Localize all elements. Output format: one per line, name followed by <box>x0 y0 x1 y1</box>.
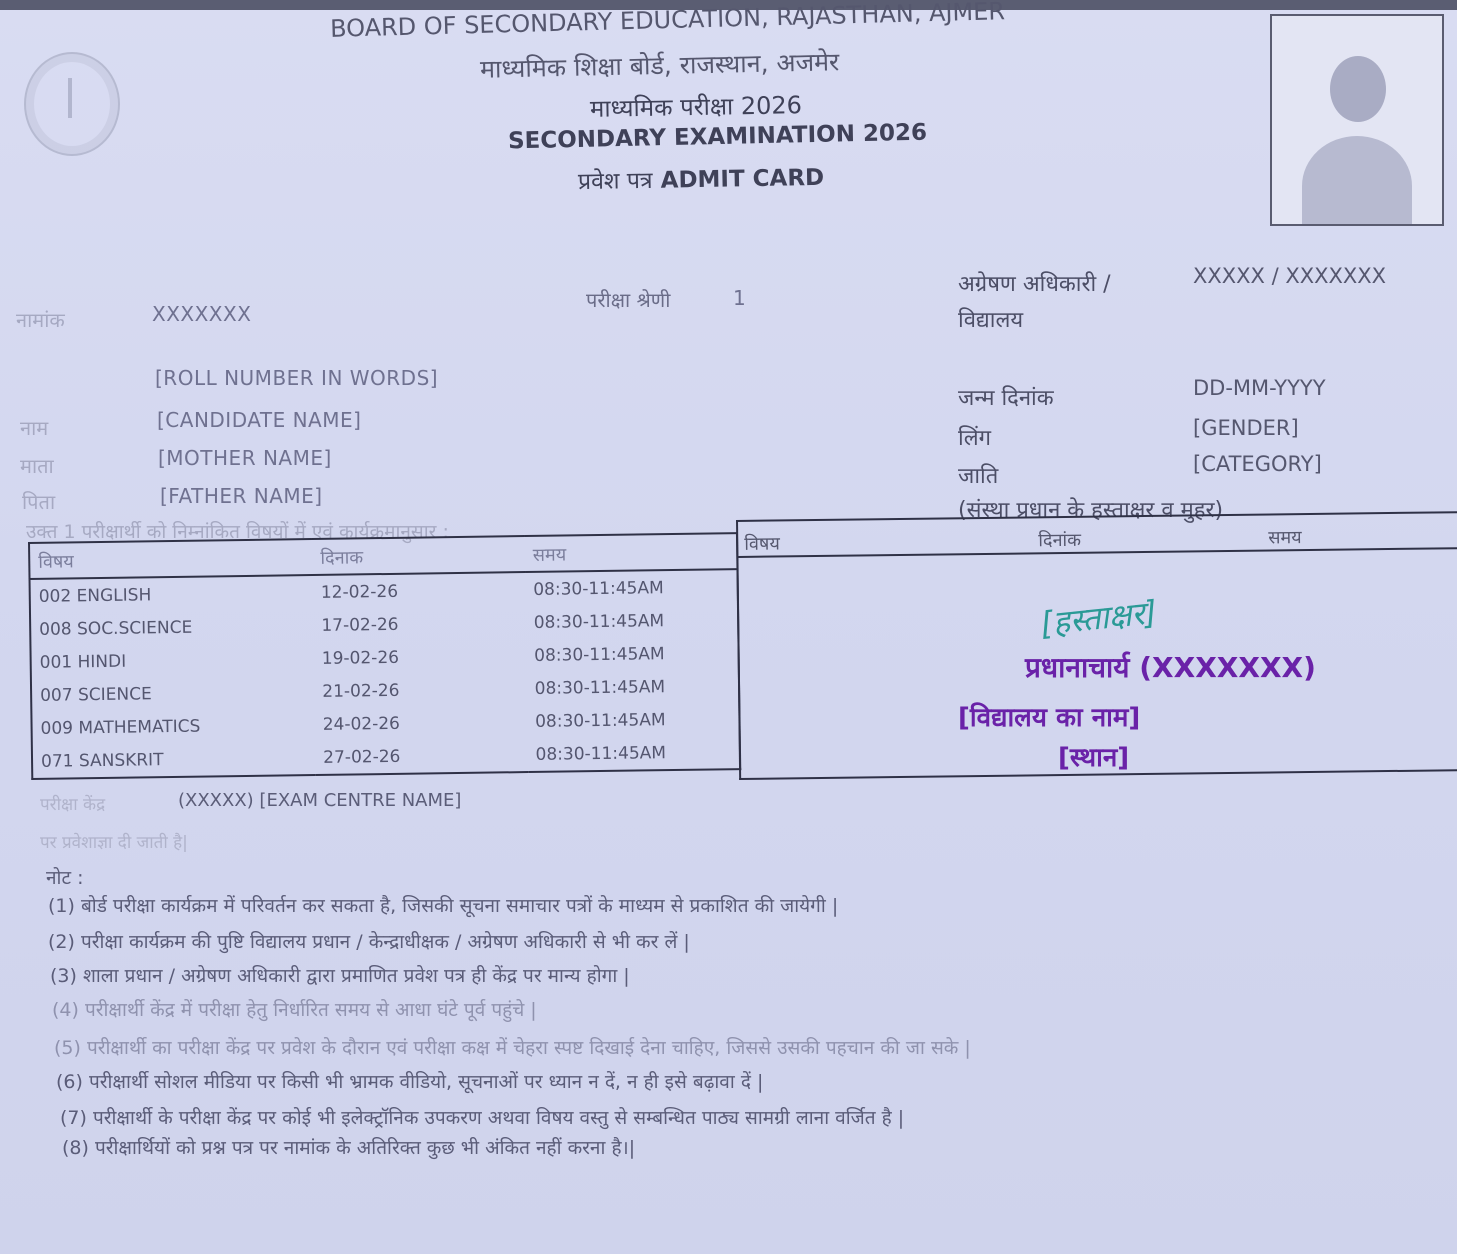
category-value: [CATEGORY] <box>1193 452 1322 476</box>
col-subject-2: विषय <box>744 531 780 555</box>
schedule-time: 08:30-11:45AM <box>526 669 739 705</box>
schedule-time: 08:30-11:45AM <box>527 702 740 738</box>
gender-value: [GENDER] <box>1193 416 1299 440</box>
schedule-subject: 071 SANSKRIT <box>32 741 316 779</box>
schedule-subject: 001 HINDI <box>30 642 314 679</box>
col-date: दिनाक <box>312 536 525 575</box>
roll-in-words: [ROLL NUMBER IN WORDS] <box>155 366 438 390</box>
school-label: विद्यालय <box>958 304 1023 334</box>
stamp-school-name: [विद्यालय का नाम] <box>958 698 1140 734</box>
father-label: पिता <box>22 488 55 515</box>
col-time-2: समय <box>1268 525 1302 549</box>
roll-number: XXXXXXX <box>152 302 251 326</box>
note-item: (5) परीक्षार्थी का परीक्षा केंद्र पर प्र… <box>54 1034 971 1060</box>
notes-title: नोट : <box>46 864 83 890</box>
col-subject: विषय <box>29 539 313 579</box>
dob-label: जन्म दिनांक <box>958 382 1054 412</box>
forwarding-officer-label: अग्रेषण अधिकारी / <box>958 268 1111 298</box>
person-silhouette-icon <box>1330 56 1386 122</box>
board-seal-icon <box>24 52 120 156</box>
schedule-subject: 009 MATHEMATICS <box>31 708 315 745</box>
exam-name-hindi: माध्यमिक परीक्षा 2026 <box>590 88 802 125</box>
exam-category-value: 1 <box>733 286 746 310</box>
schedule-time: 08:30-11:45AM <box>525 569 738 606</box>
mother-label: माता <box>20 452 54 479</box>
mother-name: [MOTHER NAME] <box>158 446 332 470</box>
card-title-hindi: प्रवेश पत्र <box>578 168 653 195</box>
name-label: नाम <box>20 414 48 441</box>
card-title-english: ADMIT CARD <box>660 165 824 194</box>
schedule-date: 19-02-26 <box>314 639 527 675</box>
stamp-designation: प्रधानाचार्य (XXXXXXX) <box>1025 648 1316 686</box>
dob-value: DD-MM-YYYY <box>1193 376 1326 400</box>
forwarding-code: XXXXX / XXXXXXX <box>1193 264 1386 288</box>
exam-name-english: SECONDARY EXAMINATION 2026 <box>508 120 927 155</box>
schedule-date: 21-02-26 <box>314 672 527 708</box>
note-item: (4) परीक्षार्थी केंद्र में परीक्षा हेतु … <box>52 996 537 1022</box>
note-item: (8) परीक्षार्थियों को प्रश्न पत्र पर नाम… <box>62 1134 635 1160</box>
col-date-2: दिनांक <box>1038 528 1081 553</box>
note-item: (6) परीक्षार्थी सोशल मीडिया पर किसी भी भ… <box>56 1068 763 1094</box>
board-name-hindi: माध्यमिक शिक्षा बोर्ड, राजस्थान, अजमेर <box>480 44 840 86</box>
schedule-date: 17-02-26 <box>313 606 526 642</box>
card-title: प्रवेश पत्र ADMIT CARD <box>578 160 825 196</box>
schedule-date: 12-02-26 <box>313 572 526 609</box>
schedule-date: 27-02-26 <box>315 738 528 775</box>
stamp-location: [स्थान] <box>1058 738 1129 774</box>
col-time: समय <box>525 533 738 572</box>
centre-label: परीक्षा केंद्र <box>40 792 105 815</box>
schedule-date: 24-02-26 <box>315 705 528 741</box>
father-name: [FATHER NAME] <box>160 484 323 508</box>
category-label: जाति <box>958 460 998 490</box>
schedule-subject: 007 SCIENCE <box>31 675 315 712</box>
schedule-time: 08:30-11:45AM <box>526 603 739 639</box>
centre-permission: पर प्रवेशाज्ञा दी जाती है| <box>40 830 188 853</box>
centre-value: (XXXXX) [EXAM CENTRE NAME] <box>178 790 461 811</box>
gender-label: लिंग <box>958 422 991 452</box>
exam-category-label: परीक्षा श्रेणी <box>586 286 670 313</box>
schedule-subject: 002 ENGLISH <box>30 575 314 613</box>
note-item: (2) परीक्षा कार्यक्रम की पुष्टि विद्यालय… <box>48 928 690 954</box>
schedule-subject: 008 SOC.SCIENCE <box>30 609 314 646</box>
schedule-time: 08:30-11:45AM <box>526 636 739 672</box>
schedule-time: 08:30-11:45AM <box>527 735 740 772</box>
note-item: (1) बोर्ड परीक्षा कार्यक्रम में परिवर्तन… <box>48 892 838 918</box>
roll-label: नामांक <box>16 306 65 333</box>
exam-schedule-table: विषय दिनाक समय 002 ENGLISH12-02-2608:30-… <box>28 532 741 780</box>
note-item: (3) शाला प्रधान / अग्रेषण अधिकारी द्वारा… <box>50 962 630 988</box>
candidate-photo <box>1270 14 1444 226</box>
note-item: (7) परीक्षार्थी के परीक्षा केंद्र पर कोई… <box>60 1104 904 1130</box>
candidate-name: [CANDIDATE NAME] <box>157 408 361 432</box>
